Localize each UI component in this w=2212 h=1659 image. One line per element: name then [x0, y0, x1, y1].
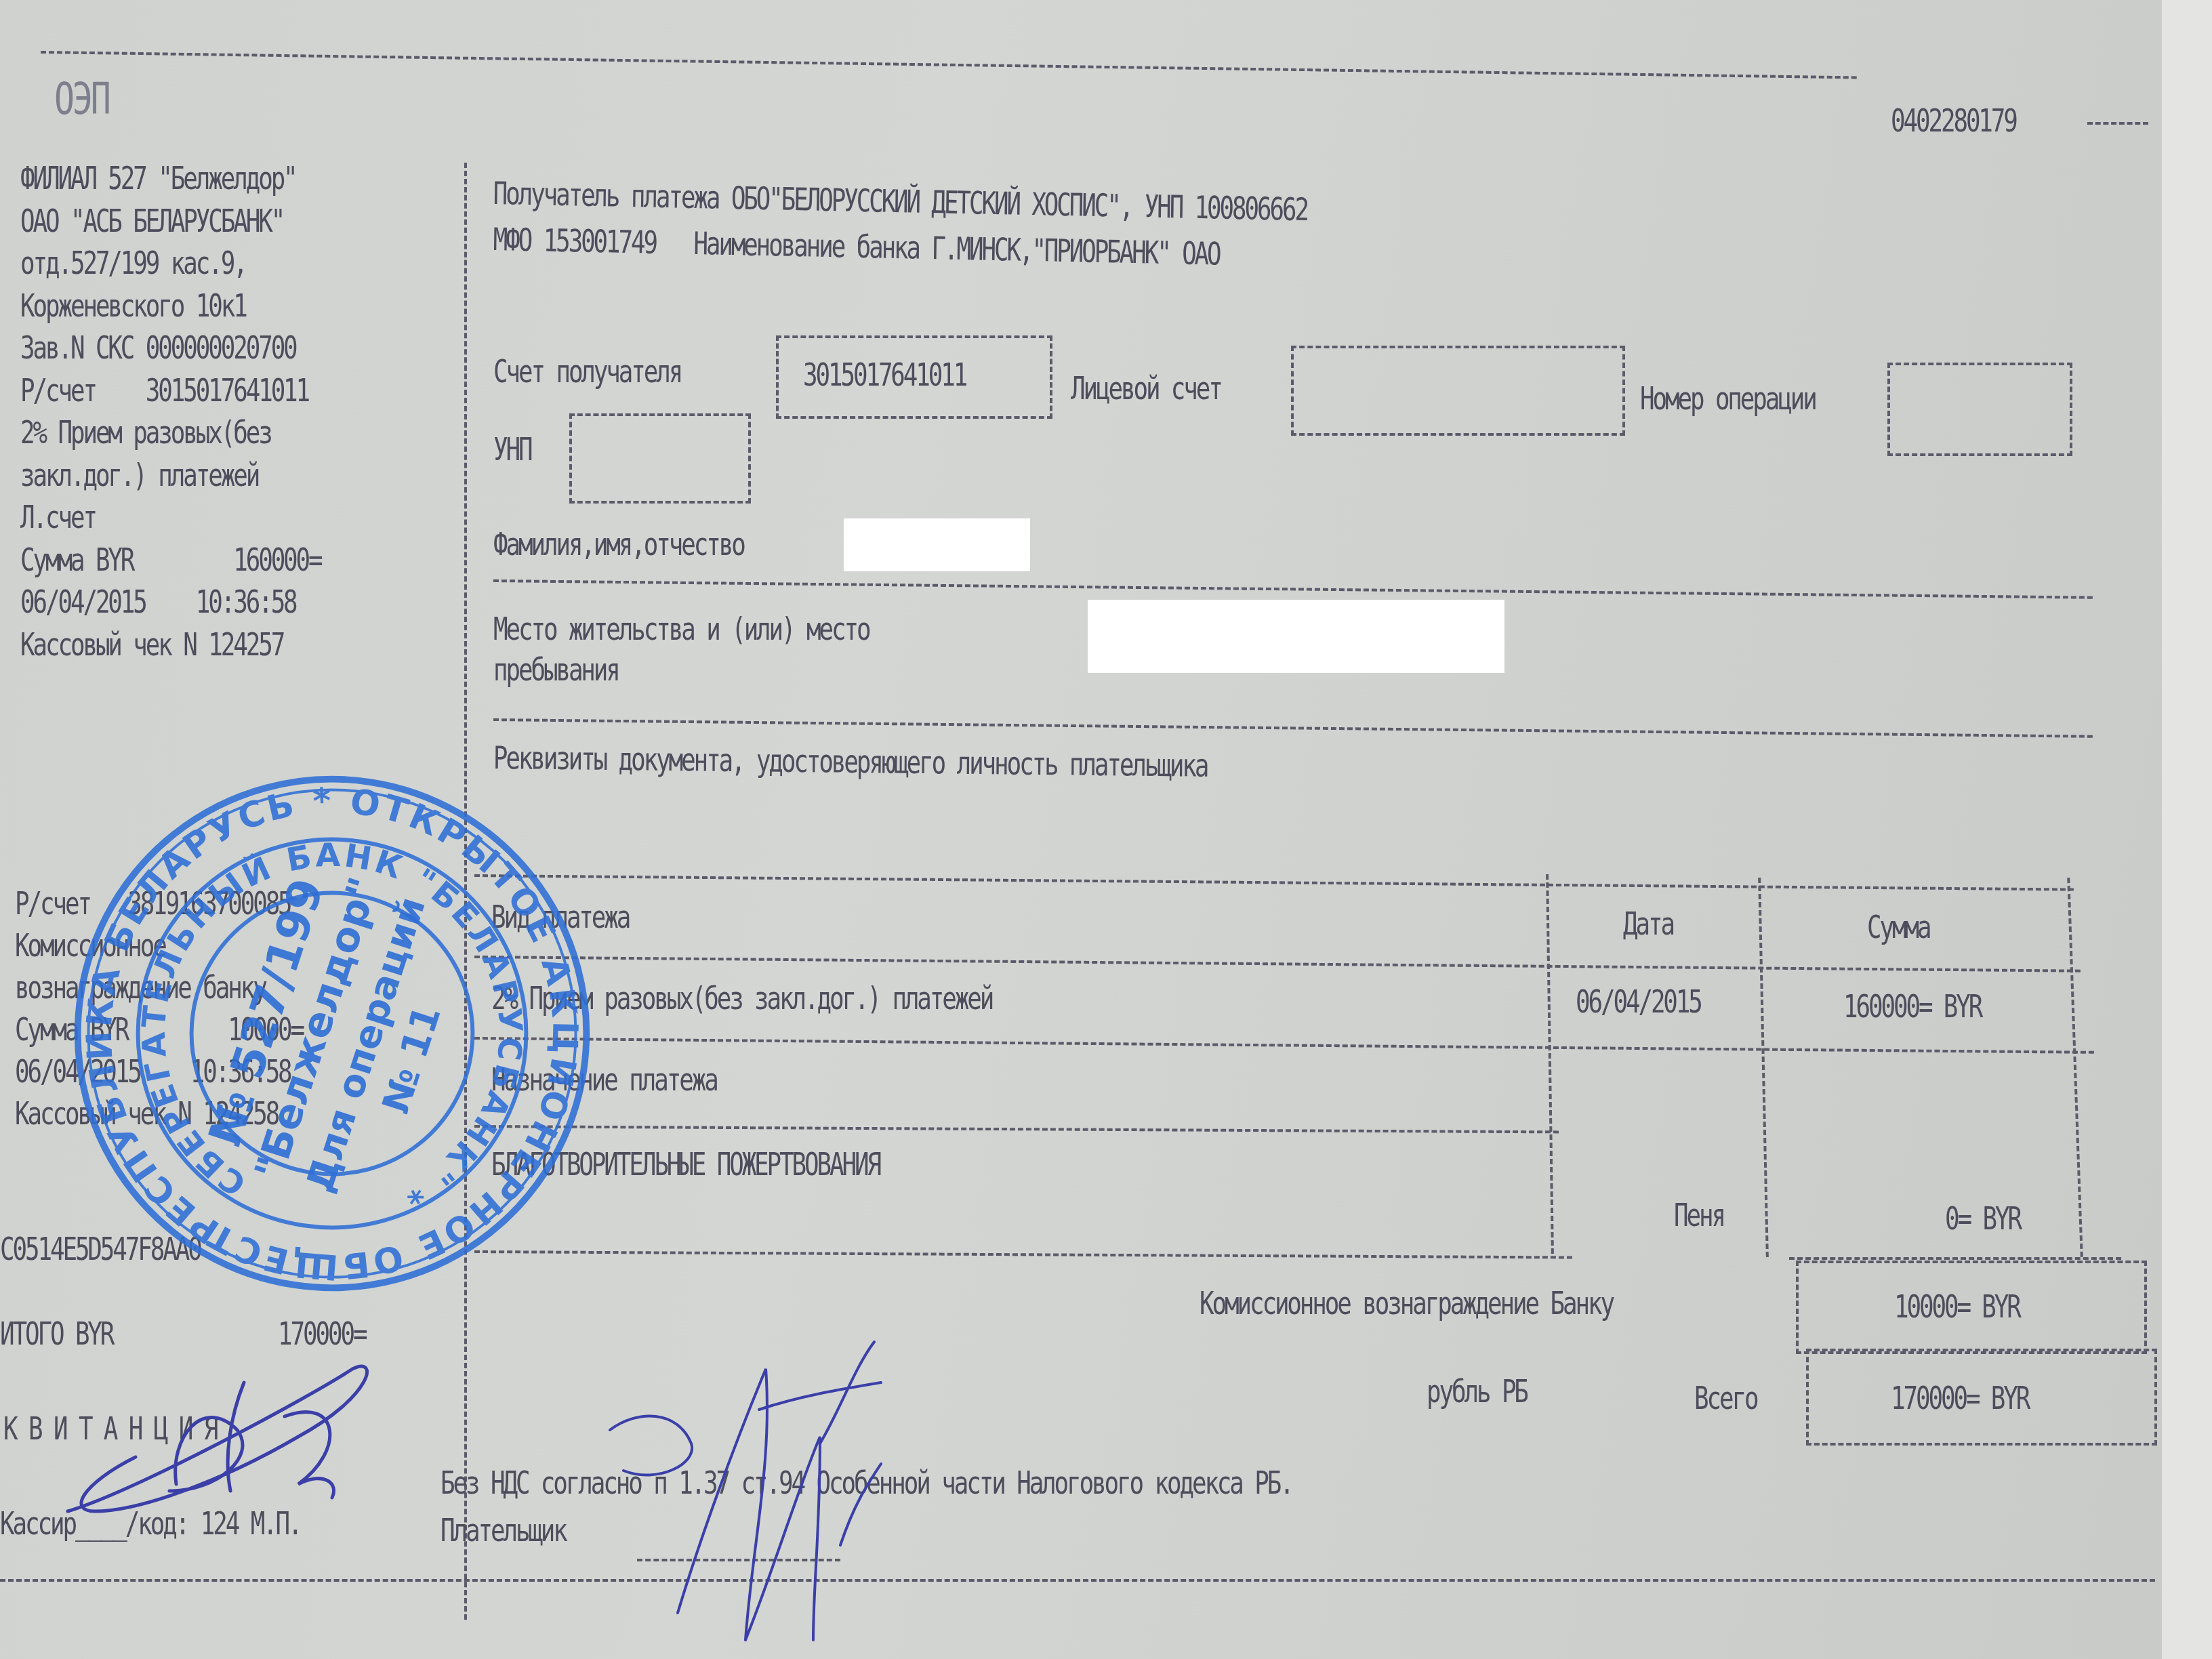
payer-signature-label: Плательщик — [441, 1515, 566, 1546]
bottom-divider — [0, 1579, 2155, 1582]
table-bottom-border-right — [1789, 1257, 2121, 1260]
unp-label: УНП — [493, 434, 531, 465]
row-amount: 160000= BYR — [1843, 991, 1981, 1022]
left-receipt-line: Кассовый чек N 124257 — [20, 629, 283, 660]
left-receipt-line: 2% Прием разовых(без — [20, 417, 271, 448]
id-document-label: Реквизиты документа, удостоверяющего лич… — [493, 742, 1208, 781]
currency-label: рубль РБ — [1427, 1376, 1527, 1407]
cashier-signature — [54, 1355, 407, 1532]
left-receipt-line: 06/04/2015 10:36:58 — [20, 586, 296, 617]
left-receipt-line: Л.счет — [20, 501, 96, 533]
left-receipt-line: Зав.N СКС 000000020700 — [20, 332, 296, 363]
left-receipt-line: Корженевского 10к1 — [20, 290, 246, 321]
penalty-label: Пеня — [1674, 1200, 1724, 1231]
receipt-total-value: 170000= — [278, 1318, 365, 1349]
receipt-total-label: ИТОГО BYR — [0, 1318, 112, 1349]
total-label: Всего — [1694, 1382, 1757, 1414]
commission-value: 10000= BYR — [1894, 1291, 2020, 1322]
address-redacted — [1088, 600, 1504, 673]
personal-account-label: Лицевой счет — [1071, 373, 1221, 404]
payer-name-redacted — [844, 518, 1030, 571]
payer-signature — [596, 1328, 908, 1654]
left-receipt-line: Р/счет 3015017641011 — [20, 375, 308, 406]
left-receipt-line: закл.дог.) платежей — [20, 459, 258, 491]
header-amount: Сумма — [1867, 912, 1929, 943]
row-date: 06/04/2015 — [1576, 986, 1701, 1017]
operation-number-field — [1887, 363, 2072, 456]
top-right-divider — [2087, 122, 2148, 125]
left-receipt-line: отд.527/199 кас.9, — [20, 247, 246, 279]
penalty-value: 0= BYR — [1945, 1203, 2020, 1234]
header-date: Дата — [1623, 908, 1673, 939]
bank-stamp: РЕСПУБЛИКА БЕЛАРУСЬ * ОТКРЫТОЕ АКЦИОНЕРН… — [64, 766, 600, 1301]
operation-number-label: Номер операции — [1640, 383, 1816, 414]
address-label-2: пребывания — [493, 654, 619, 685]
personal-account-field — [1291, 346, 1625, 436]
account-value: 3015017641011 — [803, 359, 966, 390]
payer-name-label: Фамилия,имя,отчество — [493, 529, 744, 560]
account-label: Счет получателя — [493, 356, 681, 387]
faded-header: ОЭП — [54, 78, 109, 121]
left-receipt-line: Сумма BYR 160000= — [20, 544, 321, 575]
desk-background — [2162, 0, 2212, 1659]
commission-label: Комиссионное вознаграждение Банку — [1200, 1288, 1613, 1319]
left-receipt-line: ОАО "АСБ БЕЛАРУСБАНК" — [20, 205, 283, 237]
total-value: 170000= BYR — [1891, 1382, 2028, 1414]
document-number: 0402280179 — [1891, 105, 2016, 136]
unp-field — [569, 413, 751, 504]
address-label-1: Место жительства и (или) место — [493, 613, 869, 644]
left-receipt-line: ФИЛИАЛ 527 "Белжелдор" — [20, 163, 296, 194]
